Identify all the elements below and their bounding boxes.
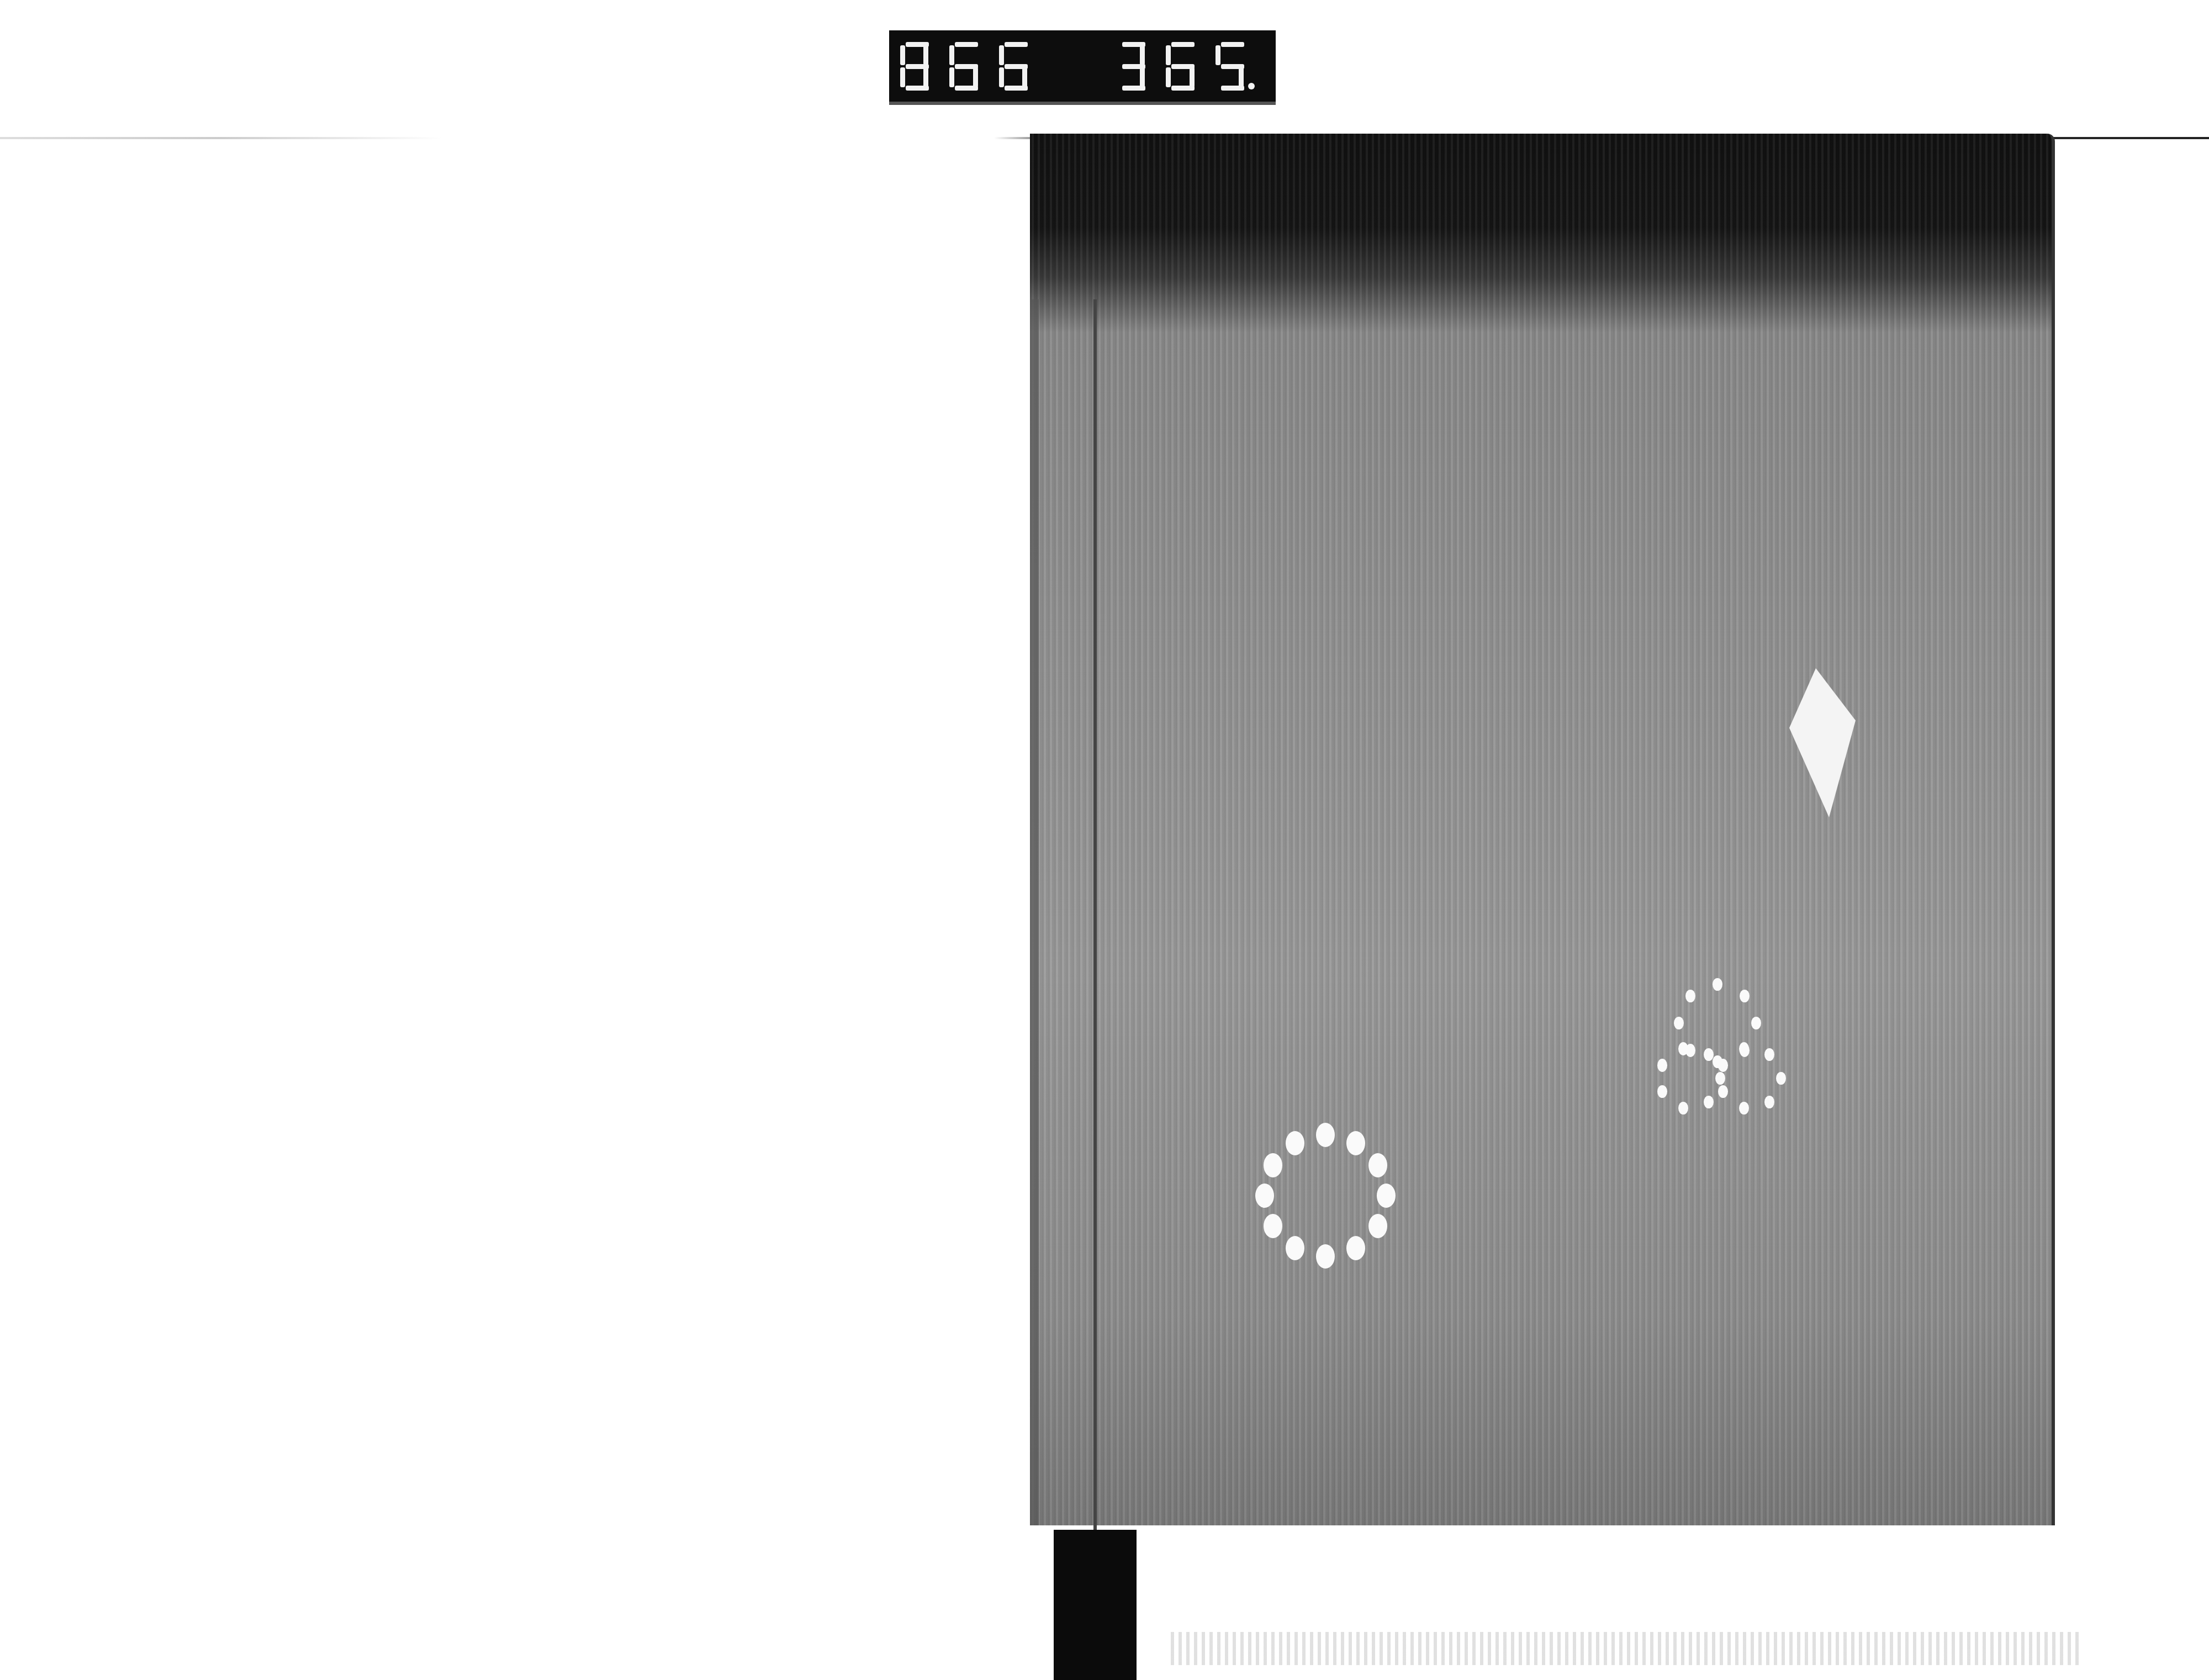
- book-spine-crease: [1093, 299, 1097, 1581]
- dot-flower-motif: [1646, 961, 1789, 1127]
- counter-digit: [1117, 42, 1145, 91]
- film-leader-tab: [1054, 1530, 1137, 1680]
- counter-digit: [1166, 42, 1194, 91]
- illegible-footer-strip: [1171, 1632, 2082, 1665]
- book-spine-edge: [1030, 299, 1039, 1525]
- frame-counter: 866 365.: [889, 30, 1276, 105]
- counter-digit: [999, 42, 1027, 91]
- book-cover: [1030, 134, 2055, 1525]
- counter-digit: [900, 42, 928, 91]
- counter-digit: [949, 42, 977, 91]
- counter-digit: [1216, 42, 1244, 91]
- dot-flower-motif: [1237, 1116, 1414, 1270]
